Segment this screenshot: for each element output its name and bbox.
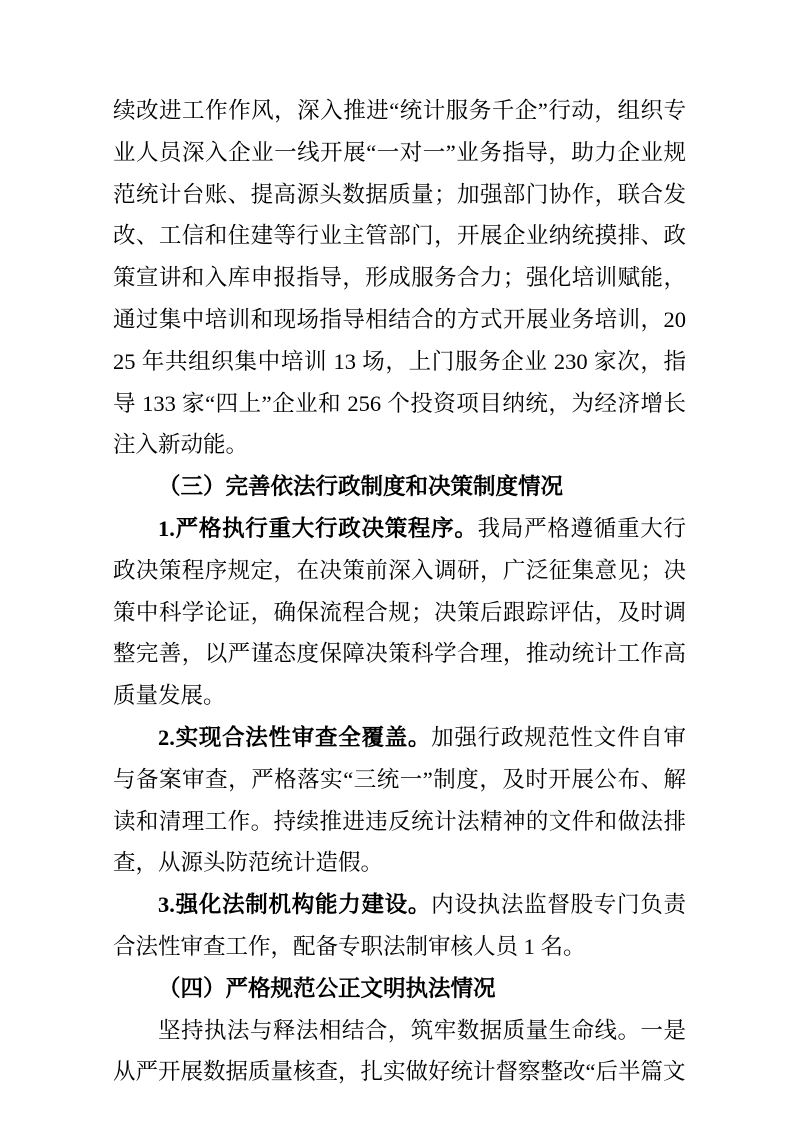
text-run: 续改进工作作风，深入推进“统计服务千企”行动，组织专业人员深入企业一线开展“一对… [113,98,686,457]
text-run: 坚持执法与释法相结合，筑牢数据质量生命线。一是从严开展数据质量核查，扎实做好统计… [113,1018,686,1085]
bold-text-run: 3.强化法制机构能力建设。 [158,892,431,917]
text-run: 我局严格遵循重大行政决策程序规定，在决策前深入调研，广泛征集意见；决策中科学论证… [113,516,686,708]
body-paragraph: 续改进工作作风，深入推进“统计服务千企”行动，组织专业人员深入企业一线开展“一对… [113,90,686,466]
bold-text-run: （三）完善依法行政制度和决策制度情况 [158,474,563,499]
section-heading: （三）完善依法行政制度和决策制度情况 [113,466,686,508]
body-paragraph: 坚持执法与释法相结合，筑牢数据质量生命线。一是从严开展数据质量核查，扎实做好统计… [113,1010,686,1094]
bold-text-run: 1.严格执行重大行政决策程序。 [158,516,478,541]
document-body: 续改进工作作风，深入推进“统计服务千企”行动，组织专业人员深入企业一线开展“一对… [113,90,686,1093]
bold-text-run: 2.实现合法性审查全覆盖。 [158,725,431,750]
bold-text-run: （四）严格规范公正文明执法情况 [158,976,496,1001]
document-page: 续改进工作作风，深入推进“统计服务千企”行动，组织专业人员深入企业一线开展“一对… [0,0,793,1122]
body-paragraph: 1.严格执行重大行政决策程序。我局严格遵循重大行政决策程序规定，在决策前深入调研… [113,508,686,717]
body-paragraph: 3.强化法制机构能力建设。内设执法监督股专门负责合法性审查工作，配备专职法制审核… [113,884,686,968]
section-heading: （四）严格规范公正文明执法情况 [113,968,686,1010]
body-paragraph: 2.实现合法性审查全覆盖。加强行政规范性文件自审与备案审查，严格落实“三统一”制… [113,717,686,884]
